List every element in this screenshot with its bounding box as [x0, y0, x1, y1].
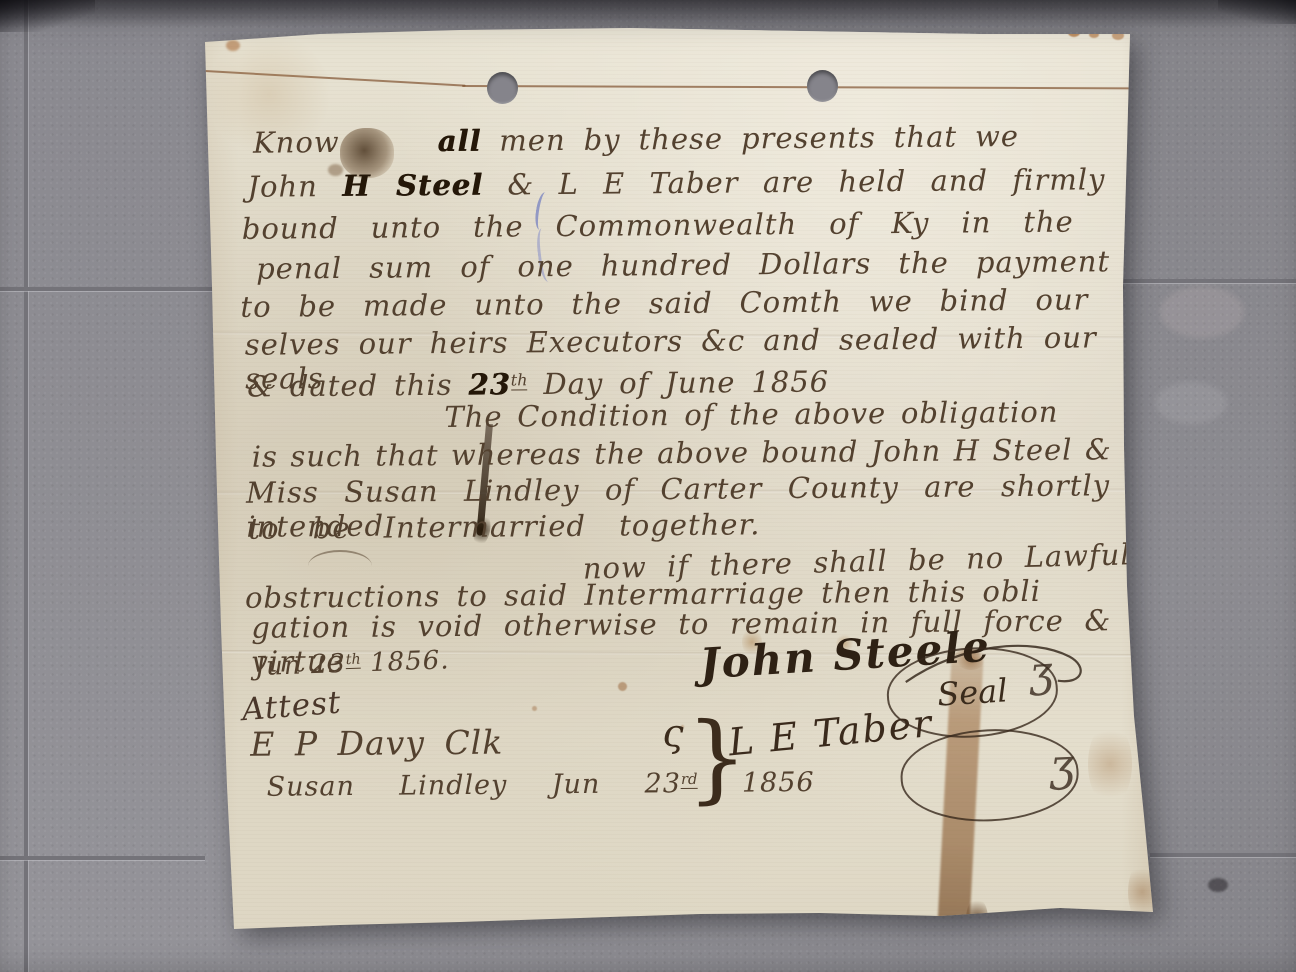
photo-top-shadow	[0, 0, 1296, 28]
clerk-signature: E P Davy Clk	[250, 726, 503, 762]
document-paper: Know all men by these presents that we J…	[200, 26, 1160, 934]
attest-label: Attest	[241, 686, 343, 728]
line7-ordinal: th	[511, 370, 528, 390]
handwriting-date-line: Jun 23th 1856.	[254, 639, 450, 684]
line2-h-steel: H Steel	[342, 168, 483, 203]
line1-rest: men by these presents that we	[499, 119, 1019, 158]
photo-corner-shadow-right	[1218, 0, 1296, 24]
handwriting-line-1: Know all men by these presents that we	[253, 119, 1019, 160]
line7-day-number: 23	[468, 367, 511, 401]
floor-scuff-mark-2	[1155, 382, 1227, 424]
date-ordinal: th	[345, 652, 361, 670]
handwriting-layer: Know all men by these presents that we J…	[196, 22, 1164, 938]
floor-seam-vertical-left	[24, 0, 28, 972]
seal-1-flourish: ʒ	[1028, 647, 1055, 697]
line1-gap	[358, 151, 420, 152]
signature-le-taber: L E Taber	[727, 701, 935, 764]
line1-know: Know	[253, 125, 340, 160]
floor-dark-mark	[1208, 878, 1228, 892]
seal-2-flourish: ʒ	[1048, 740, 1075, 792]
document-paper-wrap: Know all men by these presents that we J…	[200, 26, 1160, 934]
date-jun23: Jun 23	[254, 649, 346, 682]
handwriting-line-4: penal sum of one hundred Dollars the pay…	[256, 244, 1110, 285]
seal-1-label: Seal	[936, 671, 1008, 713]
line2-rest: & L E Taber are held and firmly	[507, 162, 1105, 201]
handwriting-line-2: John H Steel & L E Taber are held and fi…	[247, 162, 1105, 203]
handwriting-line-8: The Condition of the above obligation	[444, 395, 1058, 434]
line1-all: all	[437, 124, 481, 158]
photo-corner-shadow-left	[0, 0, 95, 32]
photograph-of-document: Know all men by these presents that we J…	[0, 0, 1296, 972]
floor-scuff-mark	[1160, 286, 1244, 338]
line7-rest: Day of June 1856	[543, 364, 829, 400]
bride-year: 1856	[742, 767, 815, 799]
floor-seam-horizontal-left-lower	[0, 856, 205, 860]
date-year: 1856.	[370, 645, 450, 678]
handwriting-line-11: to be Intermarried together.	[248, 507, 760, 545]
handwriting-line-5: to be made unto the said Comth we bind o…	[240, 282, 1088, 323]
handwriting-line-9: is such that whereas the above bound Joh…	[252, 432, 1112, 474]
line7-dated: & dated this	[247, 368, 453, 404]
bride-name-date: Susan Lindley Jun 23	[267, 768, 682, 803]
floor-seam-horizontal-left	[0, 287, 218, 291]
floor-seam-horizontal-right-lower	[1150, 853, 1296, 857]
line2-john: John	[247, 169, 318, 204]
handwriting-line-3: bound unto the Commonwealth of Ky in the	[242, 205, 1074, 246]
brace-squiggle: ς	[662, 716, 685, 750]
